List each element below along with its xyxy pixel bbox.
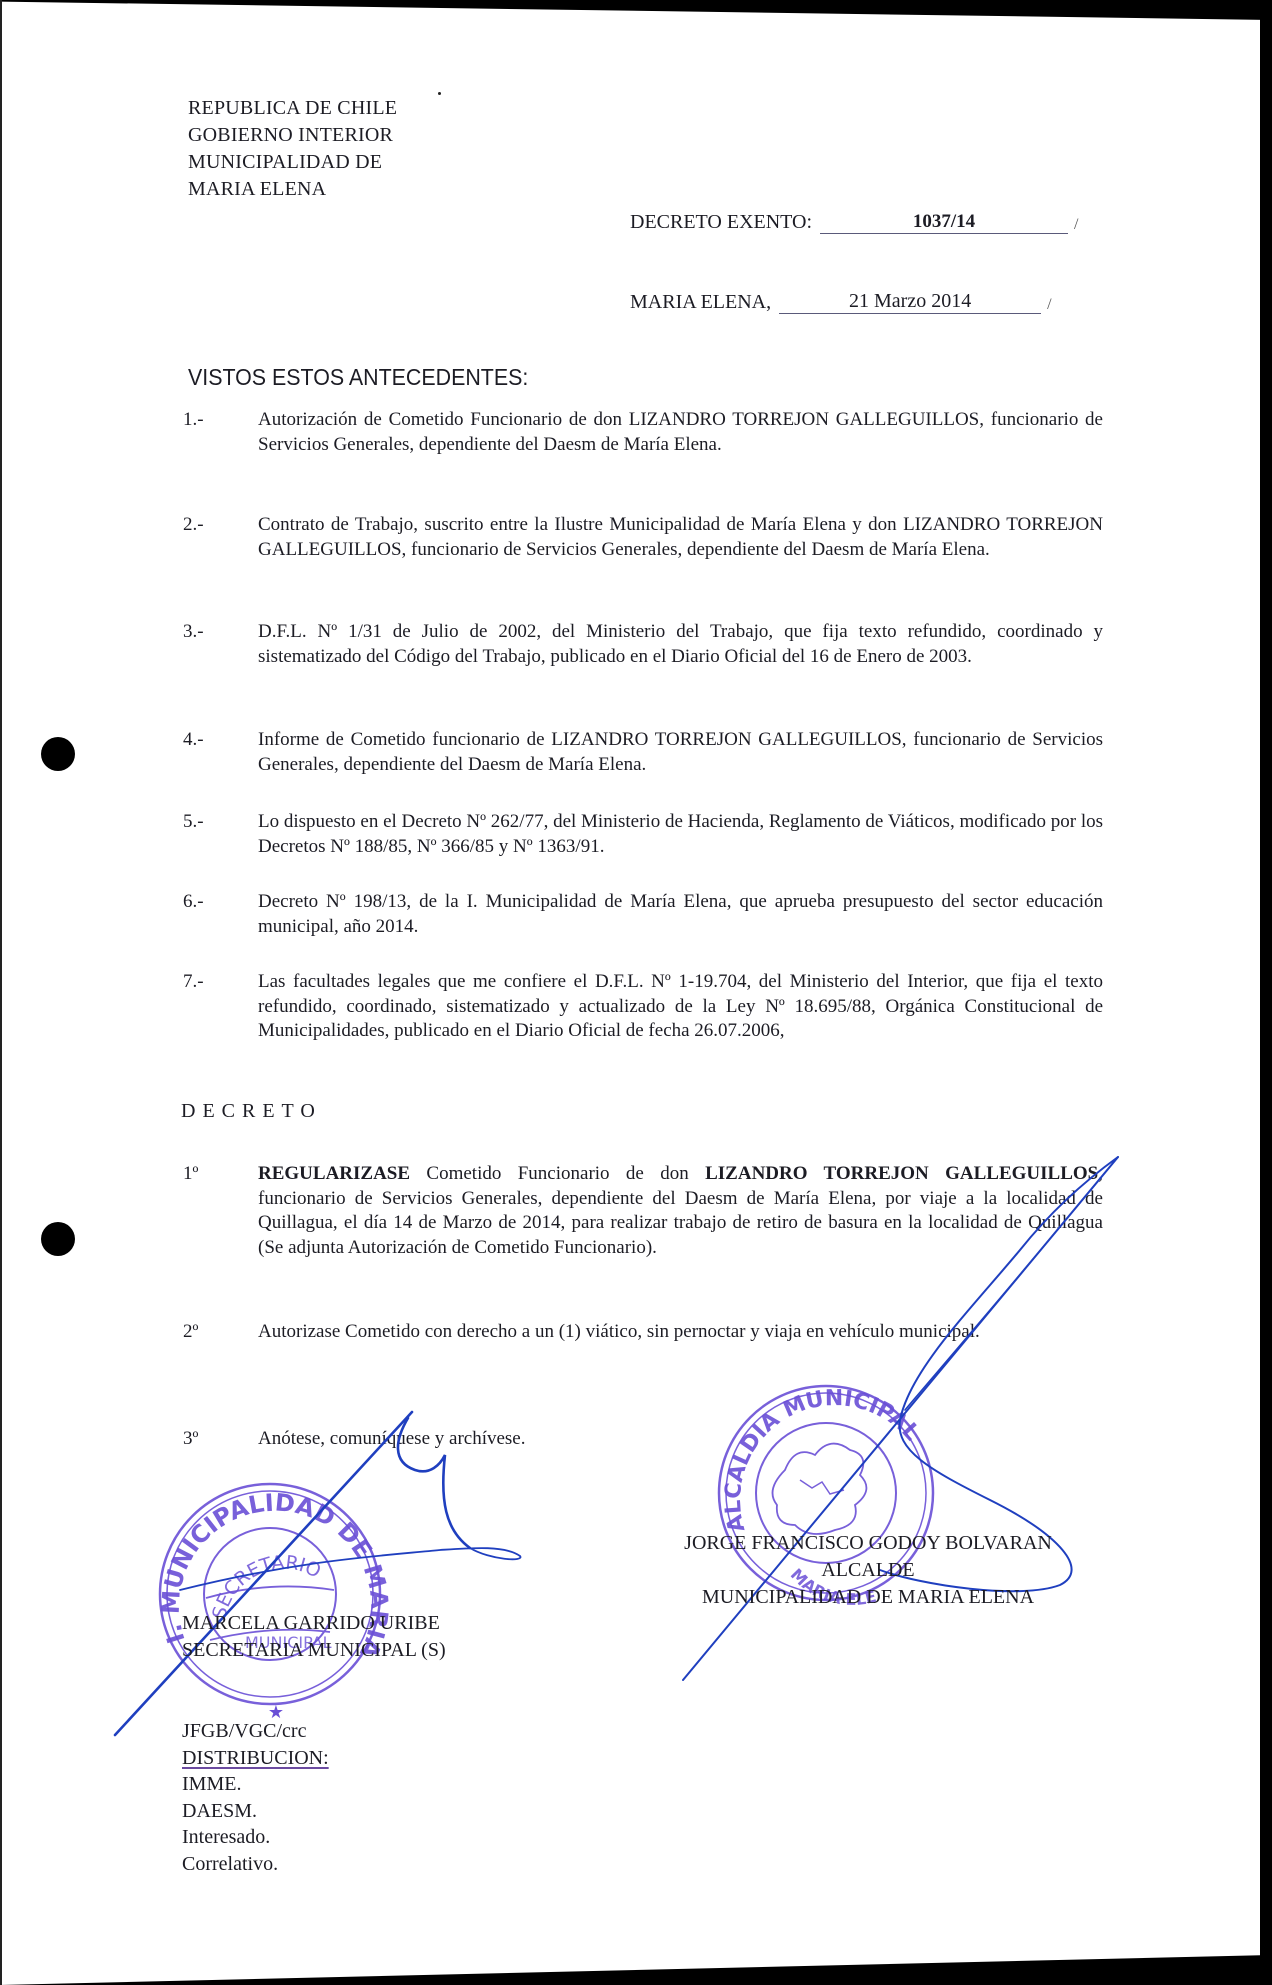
scan-edge-top <box>0 0 1272 20</box>
distribution-item: DAESM. <box>182 1798 329 1825</box>
svg-text:ALCALDIA MUNICIPAL: ALCALDIA MUNICIPAL <box>721 1386 924 1535</box>
visto-item: 2.- Contrato de Trabajo, suscrito entre … <box>183 513 1103 562</box>
signature-left-icon <box>115 1412 520 1735</box>
item-number: 1.- <box>183 408 204 433</box>
stamp-right-bottom-text: MARIA ELENA <box>0 0 878 1609</box>
decreto-number-row: DECRETO EXENTO: 1037/14 / <box>630 210 1078 234</box>
signature-block-right: JORGE FRANCISCO GODOY BOLVARAN ALCALDE M… <box>668 1530 1068 1611</box>
header-line: MARIA ELENA <box>188 176 397 203</box>
stamp-right-outer-text: ALCALDIA MUNICIPAL <box>721 1386 924 1535</box>
scan-edge-right <box>1260 0 1272 1985</box>
slash-mark: / <box>1047 296 1051 314</box>
visto-item: 3.- D.F.L. Nº 1/31 de Julio de 2002, del… <box>183 620 1103 669</box>
scan-edge-bottom <box>0 1955 1272 1985</box>
header-line: MUNICIPALIDAD DE <box>188 149 397 176</box>
item-text: Las facultades legales que me confiere e… <box>258 970 1103 1044</box>
signature-block-left: MARCELA GARRIDO URIBE SECRETARIA MUNICIP… <box>182 1610 446 1664</box>
resolution-item: 1º REGULARIZASE Cometido Funcionario de … <box>183 1162 1103 1260</box>
decreto-label: DECRETO EXENTO: <box>630 211 812 234</box>
visto-item: 4.- Informe de Cometido funcionario de L… <box>183 728 1103 777</box>
scan-edge-left <box>0 0 2 1985</box>
item-number: 4.- <box>183 728 204 753</box>
place-label: MARIA ELENA, <box>630 291 771 314</box>
visto-item: 7.- Las facultades legales que me confie… <box>183 970 1103 1044</box>
distribution-item: Interesado. <box>182 1824 329 1851</box>
decreto-heading: DECRETO <box>181 1100 322 1123</box>
distribution-block: JFGB/VGC/crc DISTRIBUCION: IMME. DAESM. … <box>182 1718 329 1877</box>
item-number: 3º <box>183 1427 198 1452</box>
resolution-item: 2º Autorizase Cometido con derecho a un … <box>183 1320 1103 1345</box>
item-number: 3.- <box>183 620 204 645</box>
punch-hole-icon <box>41 737 75 771</box>
slash-mark: / <box>1074 216 1078 234</box>
bold-term: REGULARIZASE <box>258 1163 410 1184</box>
punch-hole-icon <box>41 1222 75 1256</box>
signer-org: MUNICIPALIDAD DE MARIA ELENA <box>668 1584 1068 1611</box>
text-segment: Cometido Funcionario de don <box>410 1163 705 1184</box>
signer-title: SECRETARIA MUNICIPAL (S) <box>182 1637 446 1664</box>
item-number: 5.- <box>183 810 204 835</box>
item-text: Autorización de Cometido Funcionario de … <box>258 408 1103 457</box>
header-line: GOBIERNO INTERIOR <box>188 122 397 149</box>
distribution-heading: DISTRIBUCION: <box>182 1745 329 1772</box>
item-number: 7.- <box>183 970 204 995</box>
signer-name: MARCELA GARRIDO URIBE <box>182 1610 446 1637</box>
item-text: Autorizase Cometido con derecho a un (1)… <box>258 1320 1103 1345</box>
item-text: Lo dispuesto en el Decreto Nº 262/77, de… <box>258 810 1103 859</box>
item-text: D.F.L. Nº 1/31 de Julio de 2002, del Min… <box>258 620 1103 669</box>
item-number: 2.- <box>183 513 204 538</box>
header-line: REPUBLICA DE CHILE <box>188 95 397 122</box>
decreto-number-field: 1037/14 <box>820 210 1068 234</box>
dot-mark <box>438 92 441 95</box>
date-value: 21 Marzo 2014 <box>849 290 971 312</box>
resolution-item: 3º Anótese, comuníquese y archívese. <box>183 1427 1103 1452</box>
bold-name: LIZANDRO TORREJON GALLEGUILLOS <box>705 1163 1098 1184</box>
visto-item: 6.- Decreto Nº 198/13, de la I. Municipa… <box>183 890 1103 939</box>
item-text: Decreto Nº 198/13, de la I. Municipalida… <box>258 890 1103 939</box>
initials: JFGB/VGC/crc <box>182 1718 329 1745</box>
item-text: REGULARIZASE Cometido Funcionario de don… <box>258 1162 1103 1260</box>
item-text: Anótese, comuníquese y archívese. <box>258 1427 1103 1452</box>
visto-item: 1.- Autorización de Cometido Funcionario… <box>183 408 1103 457</box>
item-text: Informe de Cometido funcionario de LIZAN… <box>258 728 1103 777</box>
stamp-secretaria-icon <box>160 1484 380 1704</box>
signer-title: ALCALDE <box>668 1557 1068 1584</box>
vistos-heading: VISTOS ESTOS ANTECEDENTES: <box>188 364 528 391</box>
date-row: MARIA ELENA, 21 Marzo 2014 / <box>630 290 1052 314</box>
item-number: 2º <box>183 1320 198 1345</box>
distribution-item: IMME. <box>182 1771 329 1798</box>
signer-name: JORGE FRANCISCO GODOY BOLVARAN <box>668 1530 1068 1557</box>
decreto-number: 1037/14 <box>913 211 975 232</box>
item-text: Contrato de Trabajo, suscrito entre la I… <box>258 513 1103 562</box>
date-field: 21 Marzo 2014 <box>779 290 1041 314</box>
item-number: 1º <box>183 1162 198 1187</box>
svg-text:MARIA ELENA: MARIA ELENA <box>0 0 878 1609</box>
visto-item: 5.- Lo dispuesto en el Decreto Nº 262/77… <box>183 810 1103 859</box>
distribution-item: Correlativo. <box>182 1851 329 1878</box>
item-number: 6.- <box>183 890 204 915</box>
issuer-header: REPUBLICA DE CHILE GOBIERNO INTERIOR MUN… <box>188 95 397 203</box>
